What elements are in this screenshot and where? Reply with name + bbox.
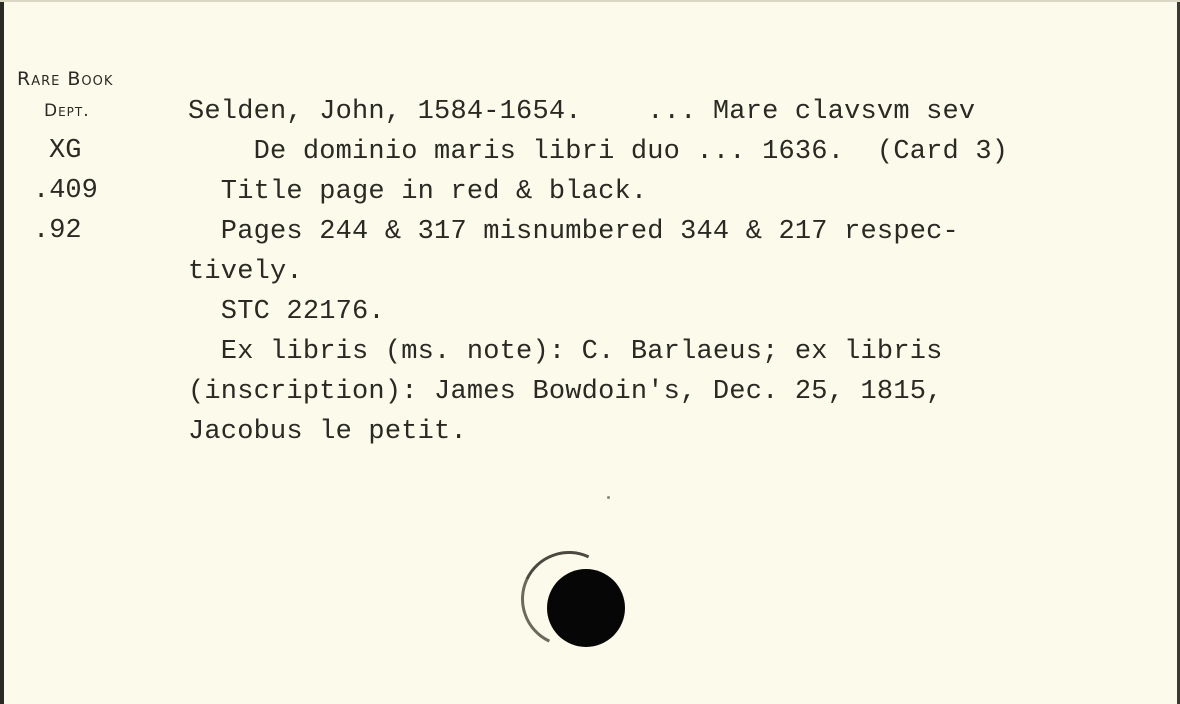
main-entry-line: Selden, John, 1584-1654. ... Mare clavsv… <box>188 97 975 127</box>
note-pagination-cont: tively. <box>188 257 303 287</box>
punch-hole <box>547 569 625 647</box>
catalog-card: Rare Book Dept. XG .409 .92 Selden, John… <box>0 0 1180 704</box>
card-left-edge <box>0 2 4 704</box>
call-number-class: XG <box>49 136 81 166</box>
note-pagination: Pages 244 & 317 misnumbered 344 & 217 re… <box>188 217 959 247</box>
note-provenance-cont2: Jacobus le petit. <box>188 417 467 447</box>
department-label-line2: Dept. <box>44 101 90 121</box>
note-title-page: Title page in red & black. <box>188 177 647 207</box>
note-provenance-cont1: (inscription): James Bowdoin's, Dec. 25,… <box>188 377 943 407</box>
department-label-line1: Rare Book <box>17 68 113 90</box>
note-stc: STC 22176. <box>188 297 385 327</box>
paper-speck <box>607 496 610 499</box>
call-number-part3: .92 <box>33 216 82 246</box>
note-provenance: Ex libris (ms. note): C. Barlaeus; ex li… <box>188 337 943 367</box>
title-line: De dominio maris libri duo ... 1636. (Ca… <box>188 137 1008 167</box>
call-number-part2: .409 <box>33 176 98 206</box>
